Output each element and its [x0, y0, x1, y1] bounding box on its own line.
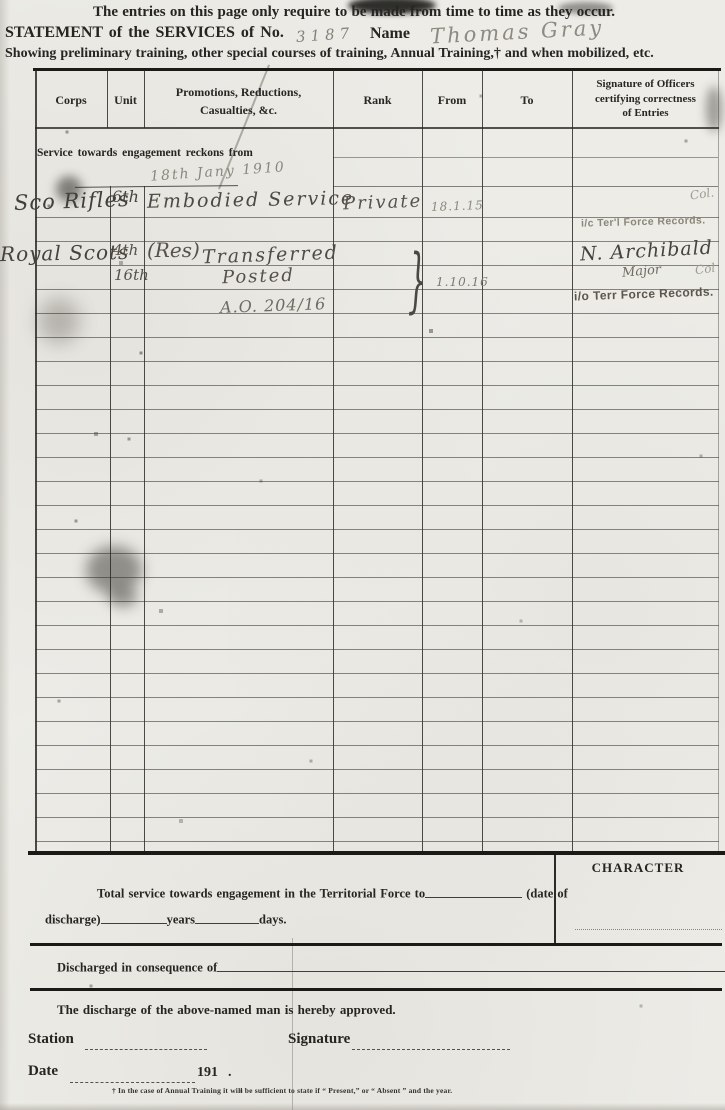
character-dotted-line [575, 929, 722, 930]
station-label: Station [28, 1031, 74, 1048]
table-header-bottom-line [35, 127, 719, 129]
date-label: Date [28, 1063, 58, 1080]
column-header-signature-line1: Signature of Officers [572, 77, 719, 92]
years-leader [101, 910, 167, 924]
column-header-corps: Corps [35, 91, 107, 109]
entry-army-order: A.O. 204/16 [220, 294, 327, 317]
date-line [70, 1082, 195, 1083]
total-service-text: Total service towards engagement in the … [97, 887, 425, 901]
total-service-leader [425, 884, 522, 898]
entry-corps-royal-scots: Royal Scots [0, 240, 130, 266]
page-subtitle: Showing preliminary training, other spec… [5, 46, 654, 62]
column-header-promotions-line1: Promotions, Reductions, [144, 83, 333, 101]
column-header-unit: Unit [107, 91, 144, 109]
total-service-date-of: (date of [526, 887, 568, 901]
entry-posted: Posted [222, 265, 296, 289]
section-divider-1 [30, 943, 722, 946]
name-label: Name [370, 25, 410, 43]
column-header-promotions: Promotions, Reductions, Casualties, &c. [144, 83, 333, 119]
discharged-leader [217, 958, 725, 972]
table-top-border [33, 68, 721, 71]
discharged-line: Discharged in consequence of [57, 958, 725, 976]
statement-label: STATEMENT of the SERVICES of No. [5, 24, 284, 42]
brace-mark: } [408, 238, 426, 322]
bottom-scan-edge [0, 1103, 725, 1110]
column-header-signature: Signature of Officers certifying correct… [572, 77, 719, 121]
scanned-service-record-page: The entries on this page only require to… [0, 0, 725, 1110]
discharged-label: Discharged in consequence of [57, 961, 217, 975]
section-divider-2 [30, 988, 722, 991]
column-header-signature-line2: certifying correctness [572, 92, 719, 107]
entry-brace-date: 1.10.16 [436, 275, 489, 289]
year-suffix: . [228, 1065, 232, 1081]
entry-unit-16th: 16th [114, 266, 149, 284]
years-label: years [167, 913, 195, 927]
row-line-right-186 [333, 186, 718, 187]
entry-unit-4th: 4th [113, 241, 138, 259]
approval-text: The discharge of the above-named man is … [57, 1002, 396, 1018]
discharge-word: discharge) [45, 913, 101, 927]
character-label: CHARACTER [554, 860, 722, 876]
paper-specks [0, 0, 2, 2]
column-header-from: From [422, 91, 482, 109]
station-line [85, 1049, 207, 1050]
entry-from-date: 18.1.15 [431, 198, 484, 214]
signature-label: Signature [288, 1031, 350, 1048]
column-header-to: To [482, 91, 572, 109]
total-service-line2: discharge)yearsdays. [45, 910, 286, 928]
column-header-signature-line3: of Entries [572, 106, 719, 121]
entry-note-col-2: Col [694, 261, 716, 278]
footnote: † In the case of Annual Training it will… [112, 1086, 452, 1095]
service-reckons-date: 18th Jany 1910 [150, 159, 287, 184]
entry-embodied-service: Embodied Service [147, 187, 355, 213]
signature-line [352, 1049, 510, 1050]
entry-res: (Res) [147, 238, 200, 262]
column-header-rank: Rank [333, 91, 422, 109]
service-number-value: 3187 [295, 24, 354, 46]
entry-rank-private: Private [343, 191, 423, 215]
total-service-line1: Total service towards engagement in the … [97, 884, 568, 902]
service-reckons-note: Service towards engagement reckons from [37, 147, 253, 159]
days-label: days. [259, 913, 286, 927]
days-leader [195, 910, 259, 924]
column-header-promotions-line2: Casualties, &c. [144, 101, 333, 119]
year-prefix: 191 [197, 1065, 218, 1081]
table-bottom-border [28, 851, 725, 855]
entry-unit-6th: 6th [112, 187, 139, 206]
row-line-right-157 [333, 157, 718, 158]
